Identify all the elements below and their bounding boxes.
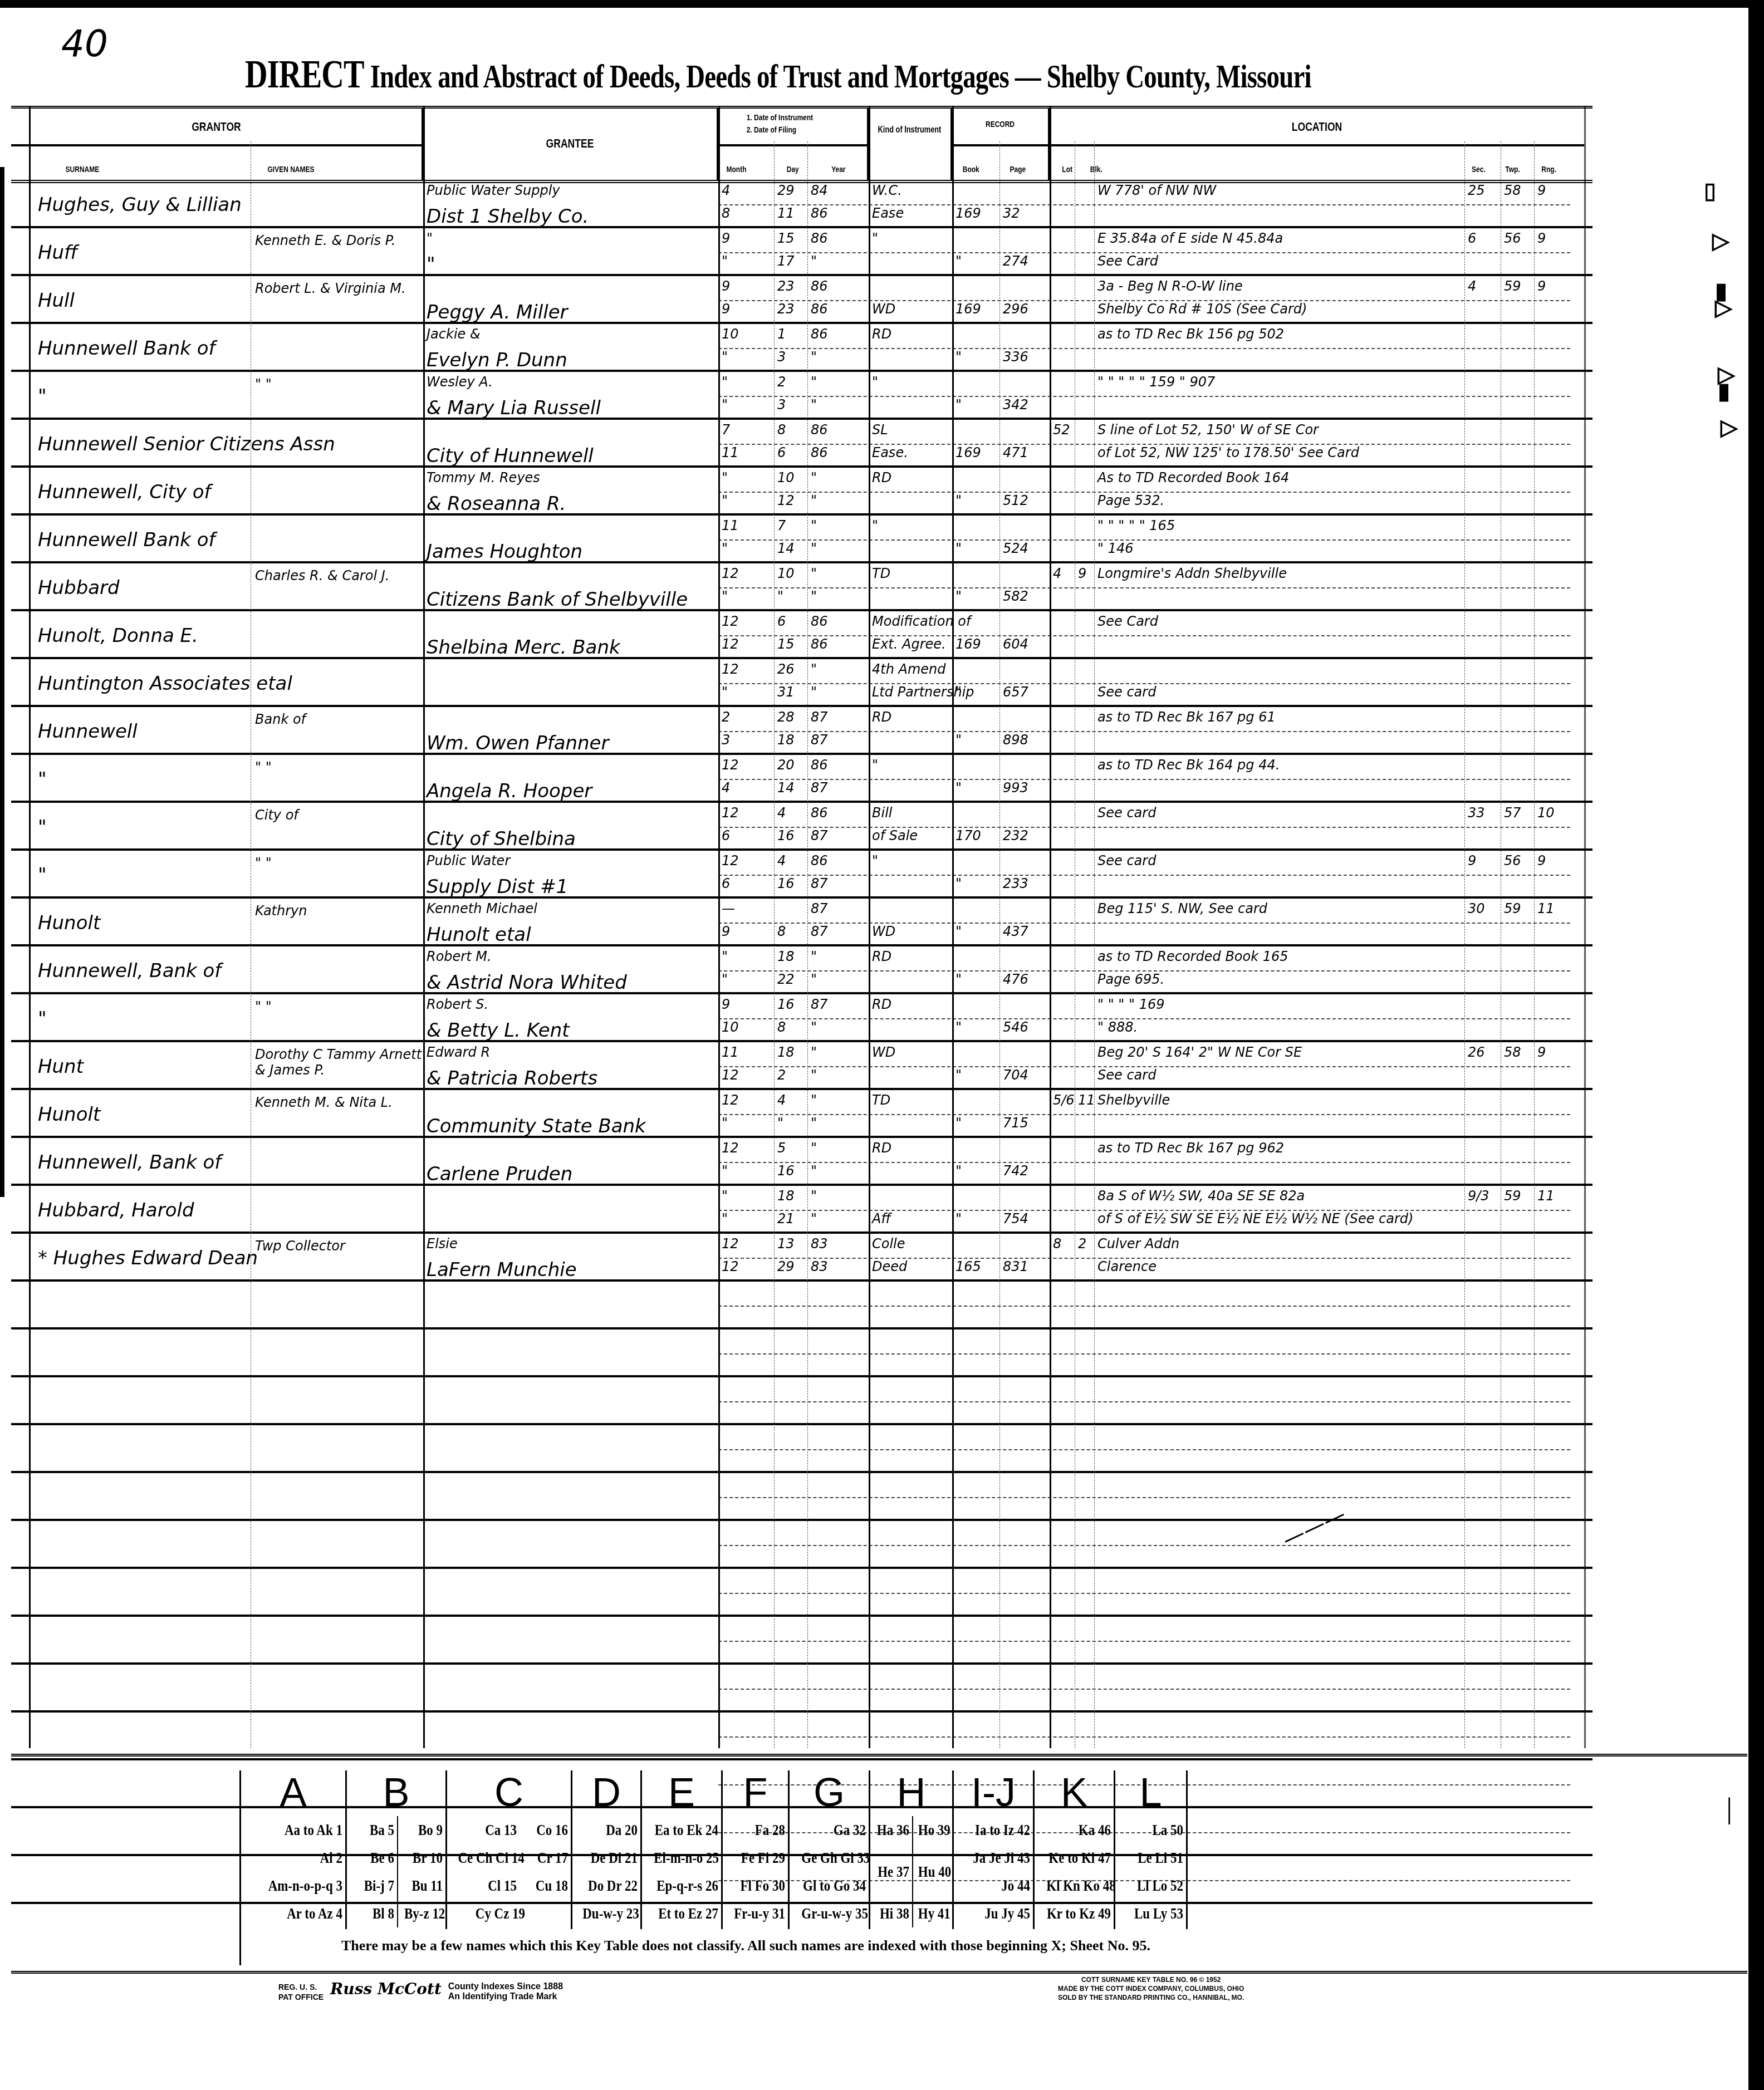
date-instrument-d: 20 — [777, 757, 795, 773]
cell-location: W 778' of NW NW — [1094, 180, 1464, 226]
cell-date-y: "" — [807, 1138, 869, 1184]
location-line-1: " " " " " 159 " 907 — [1097, 374, 1215, 390]
table-row: "" "Robert S.& Betty L. Kent91016887"RD"… — [11, 994, 1592, 1042]
date-instrument-m: 12 — [722, 805, 739, 821]
date-filing-y: 86 — [811, 636, 828, 652]
cell-location: as to TD Rec Bk 167 pg 962 — [1094, 1138, 1464, 1184]
location-blk: 2 — [1078, 1236, 1086, 1252]
cell-grantor-surname: Huntington Associates etal — [33, 659, 251, 705]
cell-sec — [1464, 420, 1501, 465]
date-instrument-d: 6 — [777, 614, 786, 629]
key-table-note: There may be a few names which this Key … — [341, 1937, 1150, 1954]
cell-location: " " " " 169" 888. — [1094, 994, 1464, 1040]
cell-grantor-surname: Hunnewell, City of — [33, 468, 251, 513]
location-line-1: 3a - Beg N R-O-W line — [1097, 278, 1243, 294]
cell-kind: " — [869, 228, 952, 274]
date-instrument-y: 86 — [811, 805, 828, 821]
cell-date-d: 416 — [774, 851, 807, 896]
table-row: HubbardCharles R. & Carol J.Citizens Ban… — [11, 563, 1592, 611]
location-twp: 59 — [1504, 1188, 1521, 1204]
header-kind: Kind of Instrument — [869, 109, 952, 180]
cell-sec — [1464, 755, 1501, 801]
grantee-line-2: Supply Dist #1 — [427, 876, 568, 898]
cell-kind: TD — [869, 1090, 952, 1136]
header-sec: Sec. — [1472, 165, 1486, 174]
date-filing-m: " — [722, 493, 728, 508]
date-filing-d: 14 — [777, 780, 795, 796]
cell-lot: 5/6 — [1050, 1090, 1075, 1136]
cell-date-d: 2911 — [774, 180, 807, 226]
record-book: " — [955, 780, 962, 796]
location-line-1: " " " " 169 — [1097, 997, 1164, 1012]
cell-grantee: ElsieLaFern Munchie — [423, 1234, 718, 1279]
location-line-1: as to TD Rec Bk 156 pg 502 — [1097, 326, 1284, 342]
ledger-table: GRANTOR SURNAME GIVEN NAMES GRANTEE 1. D… — [11, 106, 1592, 1748]
date-filing-m: 9 — [722, 924, 730, 939]
location-line-1: See Card — [1097, 614, 1158, 629]
instrument-kind-1: WD — [872, 1044, 895, 1060]
date-instrument-y: " — [811, 470, 817, 485]
location-sec: 26 — [1468, 1044, 1485, 1060]
cell-twp — [1501, 994, 1534, 1040]
grantor-surname: Hunnewell Bank of — [38, 337, 215, 360]
cell-book: 169 — [952, 180, 999, 226]
cell-lot — [1050, 1042, 1075, 1088]
cell-blk — [1075, 851, 1094, 896]
grantee-line-2: Carlene Pruden — [427, 1163, 572, 1185]
cott-signature: Russ McCott — [330, 1984, 442, 1994]
cell-date-m: 23 — [718, 707, 774, 753]
cell-grantor-surname: Hunolt — [33, 899, 251, 944]
record-page: 898 — [1003, 732, 1028, 748]
cell-blk — [1075, 372, 1094, 418]
cell-blk — [1075, 755, 1094, 801]
cell-lot — [1050, 803, 1075, 848]
record-book: " — [955, 1115, 962, 1131]
key-table-top-rule — [11, 1754, 1747, 1757]
date-instrument-y: 86 — [811, 422, 828, 438]
location-blk: 11 — [1078, 1092, 1095, 1108]
date-instrument-d: 1 — [777, 326, 786, 342]
cell-lot — [1050, 899, 1075, 944]
instrument-kind-1: RD — [872, 997, 891, 1012]
table-row: "City ofCity of Shelbina1264168687Billof… — [11, 803, 1592, 851]
cell-date-d: 2818 — [774, 707, 807, 753]
blank-row — [11, 1329, 1592, 1377]
cell-lot — [1050, 468, 1075, 513]
date-instrument-d: 18 — [777, 1044, 795, 1060]
table-row: "" "Wesley A.& Mary Lia Russell""23""""3… — [11, 372, 1592, 420]
cell-grantor-given: Kenneth E. & Doris P. — [251, 228, 423, 274]
cell-date-m: 12" — [718, 563, 774, 609]
record-book: " — [955, 541, 962, 556]
location-sec: 9/3 — [1468, 1188, 1489, 1204]
cell-grantee: Shelbina Merc. Bank — [423, 611, 718, 657]
date-instrument-m: 4 — [722, 183, 730, 198]
date-instrument-m: 11 — [722, 518, 739, 533]
cell-twp: 59 — [1501, 1186, 1534, 1232]
cell-lot — [1050, 516, 1075, 561]
record-book: 165 — [955, 1259, 981, 1274]
cell-rng — [1534, 468, 1584, 513]
cell-blk — [1075, 707, 1094, 753]
date-filing-m: 11 — [722, 445, 739, 460]
cell-sec — [1464, 946, 1501, 992]
cell-blk — [1075, 659, 1094, 705]
cell-grantor-given: Dorothy C Tammy Arnett & James P. — [251, 1042, 423, 1088]
location-rng: 9 — [1537, 1044, 1546, 1060]
cell-lot — [1050, 372, 1075, 418]
cell-blk — [1075, 946, 1094, 992]
cell-book: " — [952, 1090, 999, 1136]
date-filing-d: " — [777, 588, 783, 604]
cell-grantor-surname: " — [33, 372, 251, 418]
cell-grantor-surname: " — [33, 851, 251, 896]
record-book: " — [955, 972, 962, 987]
cell-date-y: 8687 — [807, 803, 869, 848]
location-line-2: Clarence — [1097, 1259, 1157, 1274]
cell-twp — [1501, 1234, 1534, 1279]
record-page: 512 — [1003, 493, 1028, 508]
cell-date-m: 10" — [718, 324, 774, 370]
record-page: 704 — [1003, 1067, 1028, 1083]
cell-lot — [1050, 228, 1075, 274]
record-book: " — [955, 493, 962, 508]
table-row: "" "Angela R. Hooper12420148687""993as t… — [11, 755, 1592, 803]
cell-grantor-surname: Hunnewell Bank of — [33, 324, 251, 370]
cell-kind: RD — [869, 994, 952, 1040]
location-sec: 9 — [1468, 853, 1476, 869]
table-row: Hunnewell Bank ofJackie &Evelyn P. Dunn1… — [11, 324, 1592, 372]
date-filing-m: " — [722, 1163, 728, 1179]
cell-twp — [1501, 659, 1534, 705]
cell-location: Shelbyville — [1094, 1090, 1464, 1136]
location-rng: 9 — [1537, 230, 1546, 246]
record-page: 546 — [1003, 1019, 1028, 1035]
cell-location: " " " " " 165" 146 — [1094, 516, 1464, 561]
grantor-given-names: Bank of — [255, 712, 422, 727]
table-header: GRANTOR SURNAME GIVEN NAMES GRANTEE 1. D… — [11, 106, 1592, 183]
location-line-1: as to TD Recorded Book 165 — [1097, 949, 1288, 964]
cell-twp: 59 — [1501, 899, 1534, 944]
date-instrument-m: 2 — [722, 709, 730, 725]
location-line-1: as to TD Rec Bk 167 pg 61 — [1097, 709, 1276, 725]
cell-page: 742 — [999, 1138, 1050, 1184]
cell-grantor-surname: " — [33, 755, 251, 801]
page-number: 40 — [61, 22, 108, 65]
cell-date-y: 8687 — [807, 755, 869, 801]
cell-book: 165 — [952, 1234, 999, 1279]
cell-sec — [1464, 994, 1501, 1040]
location-line-1: 8a S of W½ SW, 40a SE SE 82a — [1097, 1188, 1305, 1204]
table-row: "" "Public WaterSupply Dist #11264168687… — [11, 851, 1592, 899]
cell-date-m: "" — [718, 372, 774, 418]
rule-surname-given — [251, 141, 251, 1748]
instrument-kind-2: Ext. Agree. — [872, 636, 946, 652]
cell-twp: 58 — [1501, 180, 1534, 226]
cell-twp: 57 — [1501, 803, 1534, 848]
grantor-surname: Hunnewell, City of — [38, 481, 211, 503]
cell-grantor-surname: " — [33, 803, 251, 848]
tab-marker-icon: ▷ — [1712, 228, 1729, 254]
cell-book: " — [952, 899, 999, 944]
cell-grantor-given: Kenneth M. & Nita L. — [251, 1090, 423, 1136]
location-lot: 8 — [1053, 1236, 1061, 1252]
cell-book: 169 — [952, 276, 999, 322]
location-blk: 9 — [1078, 566, 1086, 581]
grantee-line-1: Tommy M. Reyes — [427, 470, 540, 485]
key-col-h: H Ha 36 He 37 Hi 38 Ho 39 Hu 40 Hy 41 — [870, 1770, 954, 1929]
grantor-given-names: Kathryn — [255, 903, 422, 919]
date-filing-m: 4 — [722, 780, 730, 796]
record-page: 233 — [1003, 876, 1028, 891]
key-col-d: D Da 20 De Di 21 Do Dr 22 Du-w-y 23 — [572, 1770, 642, 1929]
cell-grantor-surname: Hunnewell Bank of — [33, 516, 251, 561]
cell-grantee: Citizens Bank of Shelbyville — [423, 563, 718, 609]
location-line-2: " 888. — [1097, 1019, 1138, 1035]
cell-book: " — [952, 324, 999, 370]
blank-row — [11, 1521, 1592, 1569]
instrument-kind-1: Colle — [872, 1236, 905, 1252]
table-row: Hunolt, Donna E.Shelbina Merc. Bank12126… — [11, 611, 1592, 659]
date-filing-d: 29 — [777, 1259, 795, 1274]
date-filing-y: 86 — [811, 205, 828, 221]
date-filing-y: 87 — [811, 876, 828, 891]
grantor-given-names: " " — [255, 999, 422, 1014]
cell-blk — [1075, 1138, 1094, 1184]
location-line-1: S line of Lot 52, 150' W of SE Cor — [1097, 422, 1319, 438]
date-filing-d: 16 — [777, 1163, 795, 1179]
location-line-2: of Lot 52, NW 125' to 178.50' See Card — [1097, 445, 1359, 460]
date-filing-m: 10 — [722, 1019, 739, 1035]
table-row: Hunnewell, Bank ofCarlene Pruden12"516""… — [11, 1138, 1592, 1186]
page-title: DIRECT Index and Abstract of Deeds, Deed… — [245, 51, 1311, 97]
cell-rng: 9 — [1534, 276, 1584, 322]
instrument-kind-1: TD — [872, 566, 890, 581]
cell-grantor-given — [251, 180, 423, 226]
rule-date-kind — [869, 106, 870, 1748]
date-instrument-m: 12 — [722, 1092, 739, 1108]
record-page: 831 — [1003, 1259, 1028, 1274]
grantor-given-names: Twp Collector — [255, 1238, 422, 1254]
grantor-surname: Hubbard — [38, 577, 120, 599]
cell-grantor-given — [251, 420, 423, 465]
cell-date-d: 4" — [774, 1090, 807, 1136]
key-col-l: L La 50 Le Li 51 Ll Lo 52 Lu Ly 53 — [1115, 1770, 1188, 1929]
date-filing-m: " — [722, 349, 728, 365]
cell-page: 704 — [999, 1042, 1050, 1088]
cell-location: See card — [1094, 851, 1464, 896]
cell-blk — [1075, 228, 1094, 274]
publisher-block: COTT SURNAME KEY TABLE NO. 96 © 1952 MAD… — [1058, 1975, 1244, 2002]
cell-date-y: 8486 — [807, 180, 869, 226]
date-instrument-d: 10 — [777, 566, 795, 581]
grantor-given-names: Robert L. & Virginia M. — [255, 281, 422, 296]
cell-rng — [1534, 324, 1584, 370]
cell-location: as to TD Rec Bk 167 pg 61 — [1094, 707, 1464, 753]
date-filing-m: 12 — [722, 1259, 739, 1274]
cell-page: 476 — [999, 946, 1050, 992]
cell-grantee: Robert S.& Betty L. Kent — [423, 994, 718, 1040]
cell-grantee: Tommy M. Reyes& Roseanna R. — [423, 468, 718, 513]
cell-date-d: 1821 — [774, 1186, 807, 1232]
title-rest: Index and Abstract of Deeds, Deeds of Tr… — [364, 58, 1311, 95]
table-row: HuffKenneth E. & Doris P.""9"151786"""27… — [11, 228, 1592, 276]
cell-book: " — [952, 659, 999, 705]
cell-blk — [1075, 611, 1094, 657]
date-instrument-d: 8 — [777, 422, 786, 438]
cell-date-m: "" — [718, 946, 774, 992]
date-instrument-m: 12 — [722, 614, 739, 629]
location-twp: 59 — [1504, 278, 1521, 294]
date-instrument-m: 12 — [722, 1140, 739, 1156]
record-book: 169 — [955, 636, 981, 652]
key-col-k: K Ka 46 Ke to Ki 47 Kl Kn Ko 48 Kr to Kz… — [1035, 1770, 1115, 1929]
cell-date-d: 1822 — [774, 946, 807, 992]
grantor-surname: Hunnewell, Bank of — [38, 1151, 221, 1174]
location-twp: 56 — [1504, 230, 1521, 246]
cell-book: " — [952, 228, 999, 274]
cell-date-d: 416 — [774, 803, 807, 848]
rule-desc-sec — [1464, 141, 1465, 1748]
cell-grantor-surname: Huff — [33, 228, 251, 274]
date-filing-d: 18 — [777, 732, 795, 748]
grantor-surname: Hunolt — [38, 1103, 100, 1126]
record-book: " — [955, 1163, 962, 1179]
cell-date-m: 126 — [718, 851, 774, 896]
cell-book: " — [952, 755, 999, 801]
date-instrument-d: 7 — [777, 518, 786, 533]
cell-twp — [1501, 372, 1534, 418]
date-filing-y: " — [811, 1211, 817, 1226]
location-lot: 52 — [1053, 422, 1070, 438]
grantor-given-names: Kenneth E. & Doris P. — [255, 233, 422, 248]
date-instrument-d: 13 — [777, 1236, 795, 1252]
blank-row — [11, 1425, 1592, 1473]
date-filing-m: 9 — [722, 301, 730, 317]
cell-page: 604 — [999, 611, 1050, 657]
date-instrument-y: 87 — [811, 709, 828, 725]
date-filing-d: 6 — [777, 445, 786, 460]
grantee-line-1: Wesley A. — [427, 374, 493, 390]
date-filing-y: " — [811, 1115, 817, 1131]
date-filing-d: 31 — [777, 684, 795, 700]
date-instrument-y: 83 — [811, 1236, 828, 1252]
location-line-1: As to TD Recorded Book 164 — [1097, 470, 1289, 485]
date-filing-y: 87 — [811, 924, 828, 939]
date-instrument-y: " — [811, 1044, 817, 1060]
rule-grantee-date — [718, 106, 720, 1748]
header-lot: Lot — [1062, 165, 1072, 174]
cell-rng — [1534, 994, 1584, 1040]
cell-kind: " — [869, 851, 952, 896]
date-instrument-m: 11 — [722, 1044, 739, 1060]
cell-sec: 26 — [1464, 1042, 1501, 1088]
date-filing-d: 14 — [777, 541, 795, 556]
cell-grantor-surname: Hubbard, Harold — [33, 1186, 251, 1232]
date-filing-m: " — [722, 1211, 728, 1226]
location-twp: 57 — [1504, 805, 1521, 821]
cell-location: as to TD Rec Bk 156 pg 502 — [1094, 324, 1464, 370]
location-line-1: Shelbyville — [1097, 1092, 1170, 1108]
cell-rng — [1534, 1090, 1584, 1136]
cell-location: Longmire's Addn Shelbyville — [1094, 563, 1464, 609]
cell-grantor-surname: Hunnewell — [33, 707, 251, 753]
cell-date-m: 48 — [718, 180, 774, 226]
cell-sec: 25 — [1464, 180, 1501, 226]
cell-sec: 30 — [1464, 899, 1501, 944]
table-row: Hunnewell, Bank ofRobert M.& Astrid Nora… — [11, 946, 1592, 994]
grantee-line-1: Robert S. — [427, 997, 488, 1012]
cell-sec: 9/3 — [1464, 1186, 1501, 1232]
cell-lot — [1050, 851, 1075, 896]
cell-sec — [1464, 516, 1501, 561]
rule-record-location — [1050, 106, 1051, 1748]
cell-grantor-given — [251, 1186, 423, 1232]
cell-date-y: "" — [807, 372, 869, 418]
date-instrument-y: " — [811, 566, 817, 581]
cell-grantor-given — [251, 1138, 423, 1184]
cell-twp — [1501, 755, 1534, 801]
date-instrument-y: " — [811, 949, 817, 964]
scan-edge-top — [0, 0, 1764, 8]
grantee-line-2: Citizens Bank of Shelbyville — [427, 588, 688, 611]
cell-date-y: 86" — [807, 324, 869, 370]
date-instrument-m: 12 — [722, 1236, 739, 1252]
date-instrument-y: " — [811, 1092, 817, 1108]
cell-page: 471 — [999, 420, 1050, 465]
cell-lot — [1050, 276, 1075, 322]
date-filing-d: 8 — [777, 1019, 786, 1035]
header-twp: Twp. — [1505, 165, 1520, 174]
cell-twp — [1501, 946, 1534, 992]
grantee-line-2: Community State Bank — [427, 1115, 646, 1137]
record-page: 657 — [1003, 684, 1028, 700]
table-row: * Hughes Edward DeanTwp CollectorElsieLa… — [11, 1234, 1592, 1282]
record-book: " — [955, 253, 962, 269]
cell-location: See card — [1094, 659, 1464, 705]
date-instrument-m: 10 — [722, 326, 739, 342]
cell-lot — [1050, 1186, 1075, 1232]
cell-date-m: 126 — [718, 803, 774, 848]
date-filing-m: 12 — [722, 1067, 739, 1083]
date-instrument-y: 84 — [811, 183, 828, 198]
cell-date-m: 9" — [718, 228, 774, 274]
date-filing-y: " — [811, 349, 817, 365]
key-col-c: C Ca 13 Ce Ch Ci 14 Cl 15 Cy Cz 19 Co 16… — [447, 1770, 572, 1929]
cell-date-d: 2323 — [774, 276, 807, 322]
date-filing-m: 12 — [722, 636, 739, 652]
grantor-surname: Hull — [38, 290, 75, 312]
cell-grantee: Public Water SupplyDist 1 Shelby Co. — [423, 180, 718, 226]
date-filing-y: 83 — [811, 1259, 828, 1274]
cell-rng — [1534, 420, 1584, 465]
date-instrument-m: " — [722, 470, 728, 485]
record-page: 296 — [1003, 301, 1028, 317]
record-book: 170 — [955, 828, 981, 843]
grantee-line-2: " — [427, 253, 435, 276]
cell-lot — [1050, 180, 1075, 226]
header-grantor: GRANTOR SURNAME GIVEN NAMES — [11, 109, 423, 180]
cell-date-y: 8686 — [807, 276, 869, 322]
tab-marker-icon: ▷ — [1715, 295, 1732, 321]
record-page: 437 — [1003, 924, 1028, 939]
cell-grantor-given — [251, 516, 423, 561]
date-instrument-m: 12 — [722, 566, 739, 581]
cell-location: As to TD Recorded Book 164Page 532. — [1094, 468, 1464, 513]
cell-date-y: 8787 — [807, 899, 869, 944]
cell-book: " — [952, 851, 999, 896]
